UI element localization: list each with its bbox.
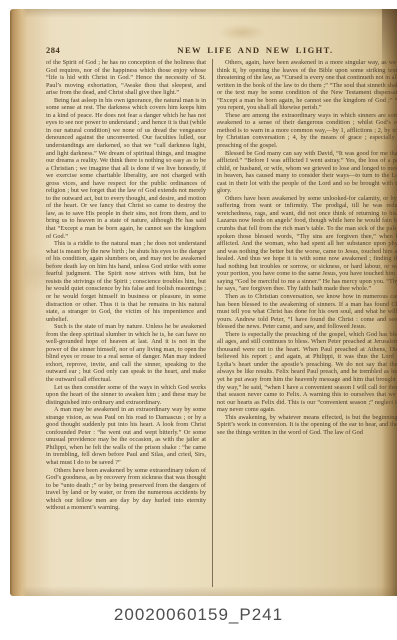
paragraph: These are among the extraordinary ways i… — [217, 112, 397, 150]
paragraph: Others have been awakened by some unlook… — [217, 195, 397, 293]
paragraph: A man may be awakened in an extraordinar… — [46, 406, 206, 466]
paragraph: Others, again, have been awakened in a m… — [217, 59, 397, 112]
right-column: Others, again, have been awakened in a m… — [217, 59, 397, 591]
left-column: of the Spirit of God ; he has no concept… — [46, 59, 206, 591]
text-columns: of the Spirit of God ; he has no concept… — [46, 59, 397, 591]
running-title: NEW LIFE AND NEW LIGHT. — [124, 45, 387, 55]
page-number: 284 — [46, 45, 60, 55]
paragraph: There is especially the preaching of the… — [217, 331, 397, 414]
page-right-curl-edge — [382, 9, 397, 596]
paragraph: Then as to Christian conversation, we kn… — [217, 293, 397, 331]
paragraph: Blessed be God many can say with David, … — [217, 150, 397, 195]
paragraph: Such is the state of man by nature. Unle… — [46, 323, 206, 383]
page-header: 284 NEW LIFE AND NEW LIGHT. — [46, 45, 387, 57]
paragraph: Let us then consider some of the ways in… — [46, 384, 206, 407]
paragraph: Being fast asleep in his own ignorance, … — [46, 97, 206, 240]
scan-id-label: 20020060159_P241 — [0, 605, 397, 625]
paragraph: Others have been awakened by some extrao… — [46, 467, 206, 512]
paragraph: of the Spirit of God ; he has no concept… — [46, 59, 206, 97]
paragraph: This awakening, by whatever means effect… — [217, 414, 397, 437]
column-divider-rule — [212, 59, 213, 587]
page-left-binding-edge — [10, 9, 27, 596]
paragraph: This is a riddle to the natural man ; he… — [46, 240, 206, 323]
book-page-scan: 284 NEW LIFE AND NEW LIGHT. of the Spiri… — [10, 9, 397, 596]
